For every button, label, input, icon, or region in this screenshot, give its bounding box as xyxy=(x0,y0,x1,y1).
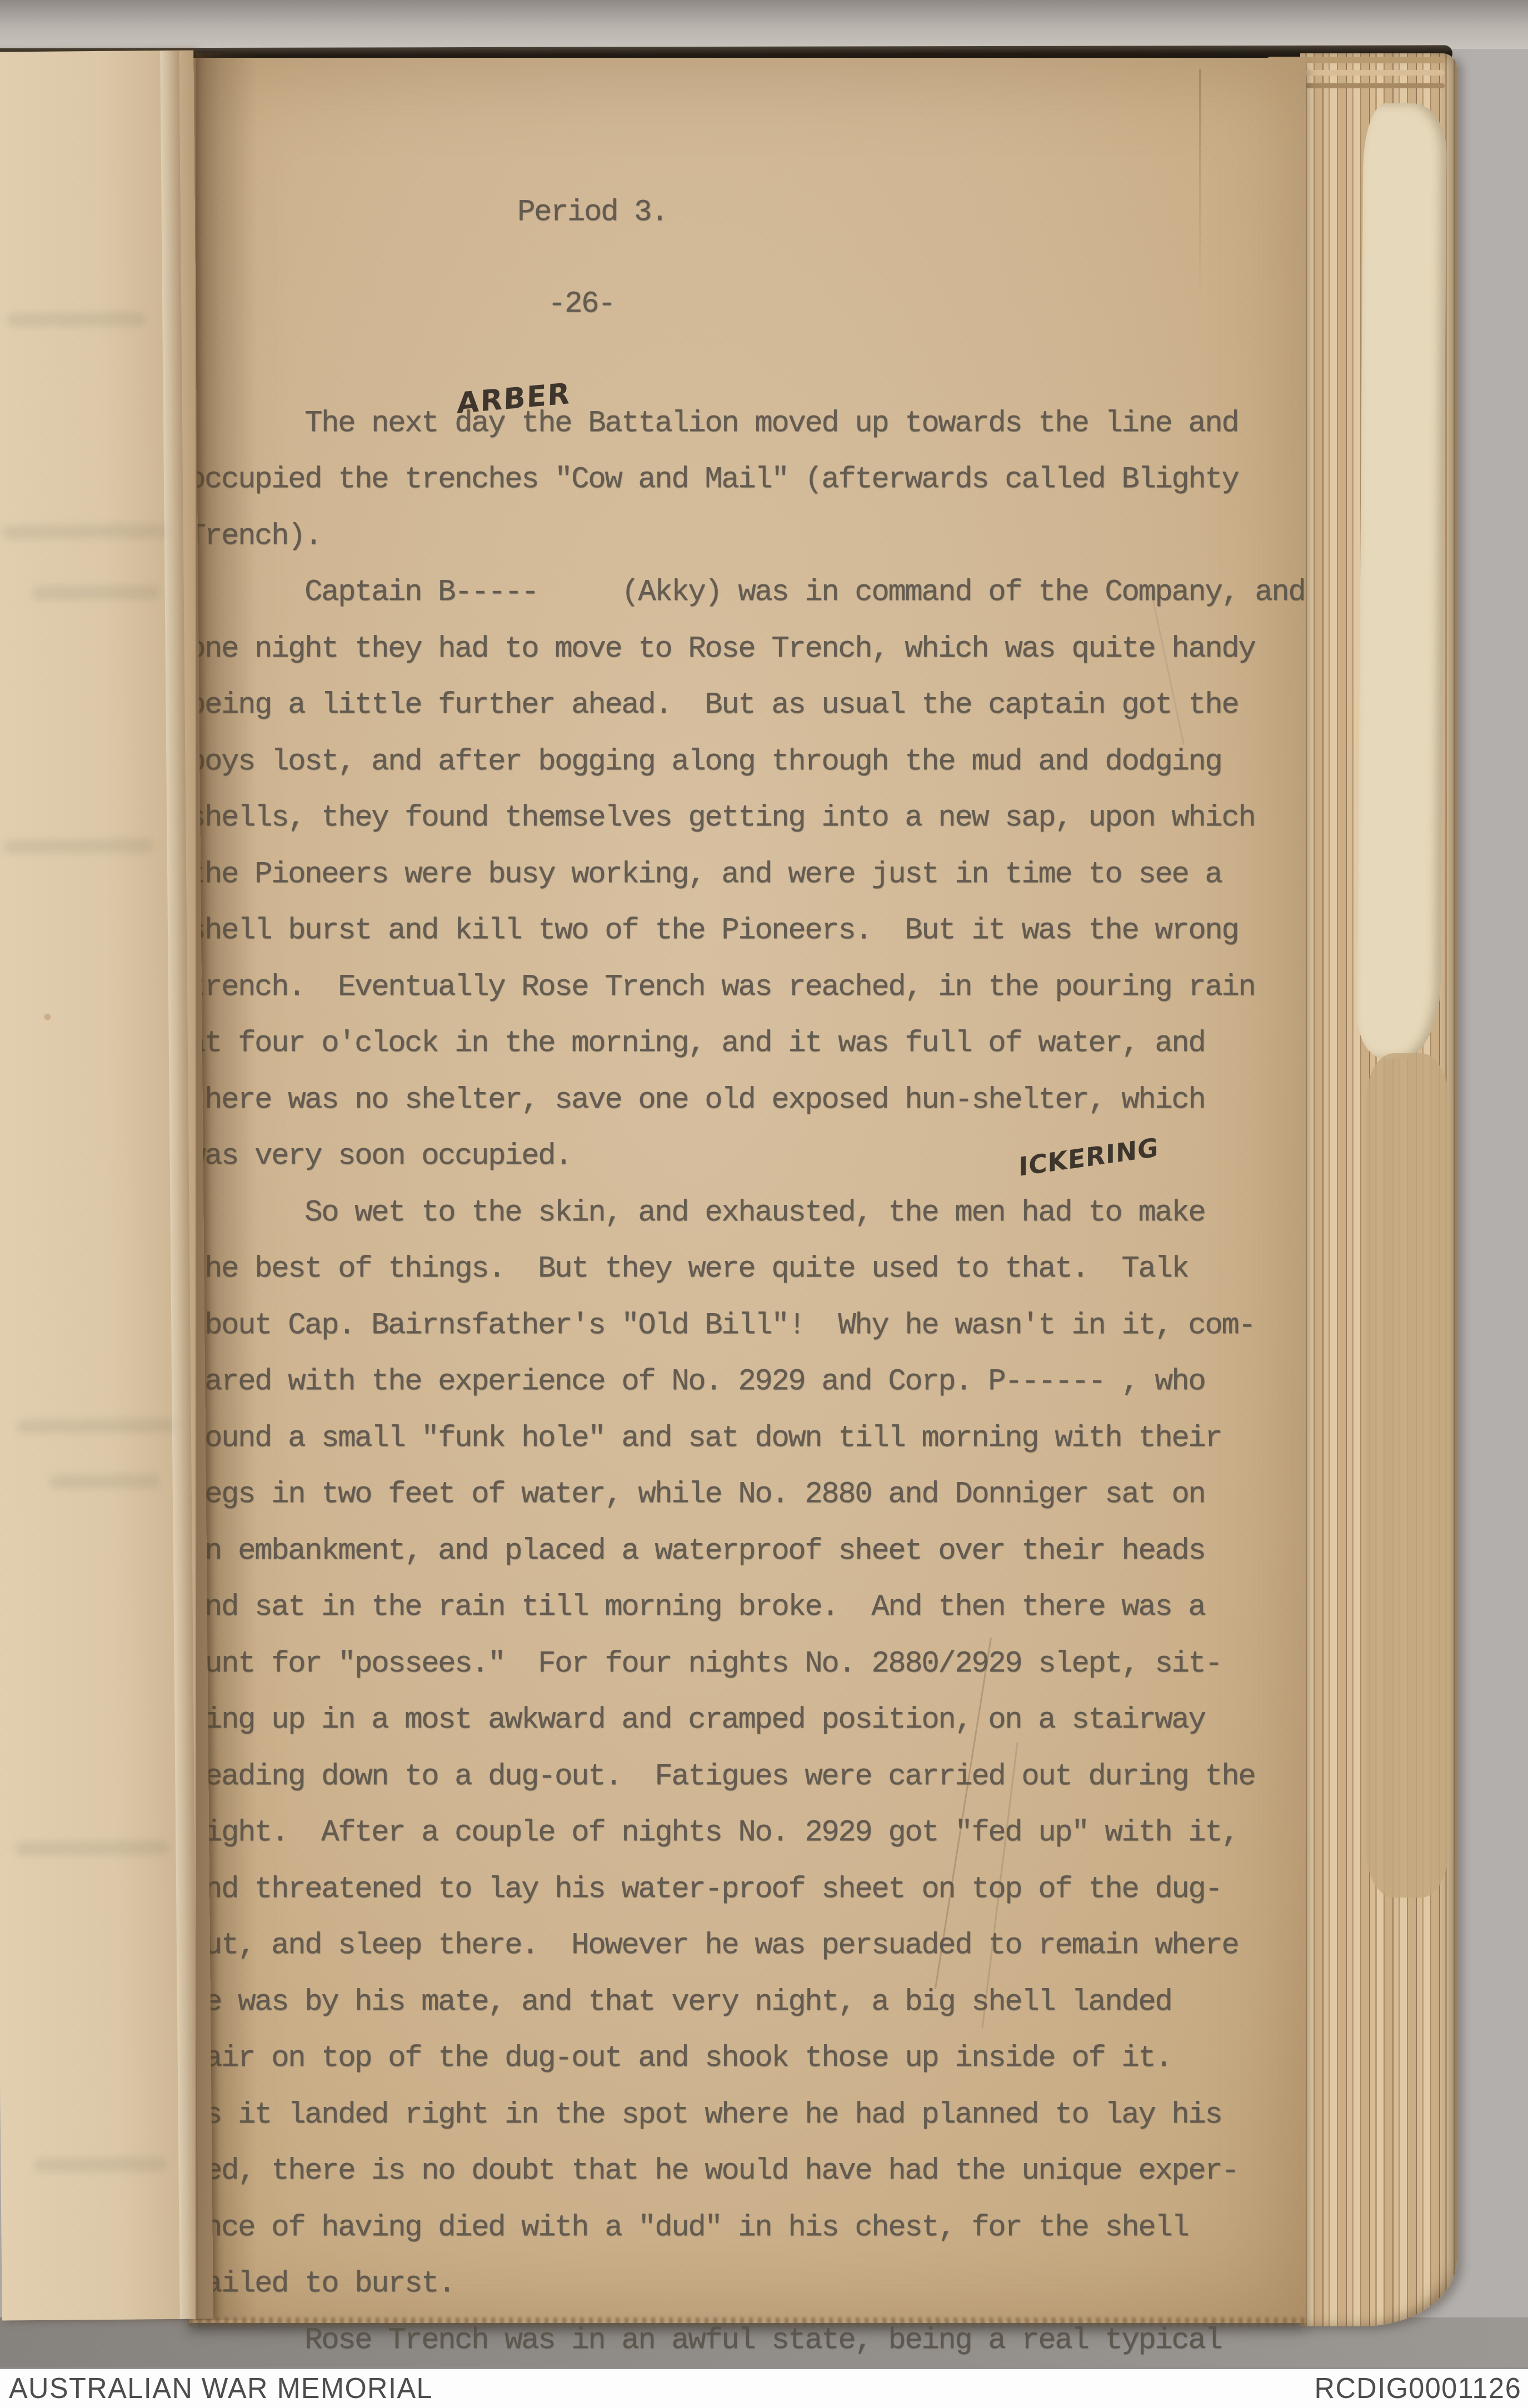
typed-line: out, and sleep there. However he was per… xyxy=(188,1918,1305,1974)
typed-line: trench. Eventually Rose Trench was reach… xyxy=(188,959,1305,1016)
period-heading: Period 3. xyxy=(517,197,667,228)
typed-line: pared with the experience of No. 2929 an… xyxy=(188,1354,1305,1410)
bleedthrough-text xyxy=(34,2157,167,2172)
typed-text-body: The next day the Battalion moved up towa… xyxy=(188,226,1305,2369)
typed-line: ence of having died with a "dud" in his … xyxy=(188,2200,1305,2256)
previous-page-edge xyxy=(0,50,213,2320)
typed-line: shells, they found themselves getting in… xyxy=(188,790,1305,847)
page-edge-stack xyxy=(1300,53,1457,2326)
typed-line: found a small "funk hole" and sat down t… xyxy=(188,1410,1305,1467)
stained-page-patch xyxy=(1366,1053,1449,1898)
typed-line: leading down to a dug-out. Fatigues were… xyxy=(188,1749,1305,1805)
bleedthrough-text xyxy=(2,524,169,540)
typed-line: the best of things. But they were quite … xyxy=(188,1241,1305,1298)
typed-line: Captain B----- (Akky) was in command of … xyxy=(188,564,1305,621)
footer-bar: AUSTRALIAN WAR MEMORIAL RCDIG0001126 xyxy=(0,2367,1528,2408)
typed-line: Trench). xyxy=(188,508,1305,565)
typed-line: one night they had to move to Rose Trenc… xyxy=(188,621,1305,678)
document-page: Period 3. -26- The next day the Battalio… xyxy=(189,58,1306,2323)
bleedthrough-text xyxy=(14,1840,170,1856)
typed-line: As it landed right in the spot where he … xyxy=(188,2087,1305,2144)
typed-line: shell burst and kill two of the Pioneers… xyxy=(188,903,1305,959)
gutter-shadow xyxy=(196,53,257,2320)
typed-line: fair on top of the dug-out and shook tho… xyxy=(188,2030,1305,2087)
typed-line: So wet to the skin, and exhausted, the m… xyxy=(188,1185,1305,1241)
page-edge-line xyxy=(1289,83,1445,88)
page-curl-highlight xyxy=(160,51,199,2319)
typed-line: and sat in the rain till morning broke. … xyxy=(188,1579,1305,1636)
scanned-document-view: Period 3. -26- The next day the Battalio… xyxy=(0,0,1528,2408)
bleedthrough-text xyxy=(49,1474,161,1489)
typed-line: and threatened to lay his water-proof sh… xyxy=(188,1861,1305,1918)
paper-spot xyxy=(44,1014,51,1020)
bleedthrough-text xyxy=(17,1418,178,1434)
typed-line: he was by his mate, and that very night,… xyxy=(188,1974,1305,2031)
bleedthrough-text xyxy=(7,312,146,327)
bleedthrough-text xyxy=(4,838,154,854)
archive-name-label: AUSTRALIAN WAR MEMORIAL xyxy=(9,2372,433,2405)
typed-line: ting up in a most awkward and cramped po… xyxy=(188,1692,1305,1749)
typed-line: boys lost, and after bogging along throu… xyxy=(188,734,1305,790)
scanner-background-top xyxy=(0,0,1528,49)
typed-line: failed to burst. xyxy=(188,2256,1305,2312)
typed-line: the Pioneers were busy working, and were… xyxy=(188,847,1305,903)
typed-line: night. After a couple of nights No. 2929… xyxy=(188,1805,1305,1861)
typed-line: The next day the Battalion moved up towa… xyxy=(188,396,1305,452)
record-id-label: RCDIG0001126 xyxy=(1314,2372,1521,2405)
typed-line: legs in two feet of water, while No. 288… xyxy=(188,1466,1305,1523)
typed-line: an embankment, and placed a waterproof s… xyxy=(188,1523,1305,1580)
typed-line: at four o'clock in the morning, and it w… xyxy=(188,1015,1305,1072)
typed-line: occupied the trenches "Cow and Mail" (af… xyxy=(188,452,1305,508)
typed-line: Rose Trench was in an awful state, being… xyxy=(188,2312,1305,2369)
bleedthrough-text xyxy=(33,585,161,600)
torn-page-patch xyxy=(1357,103,1447,1059)
typed-line: bed, there is no doubt that he would hav… xyxy=(188,2143,1305,2200)
typed-line: about Cap. Bairnsfather's "Old Bill"! Wh… xyxy=(188,1298,1305,1354)
paper-crease xyxy=(1199,69,1201,302)
typed-line: there was no shelter, save one old expos… xyxy=(188,1072,1305,1129)
typed-line: hunt for "possees." For four nights No. … xyxy=(188,1636,1305,1693)
typed-line: being a little further ahead. But as usu… xyxy=(188,677,1305,734)
